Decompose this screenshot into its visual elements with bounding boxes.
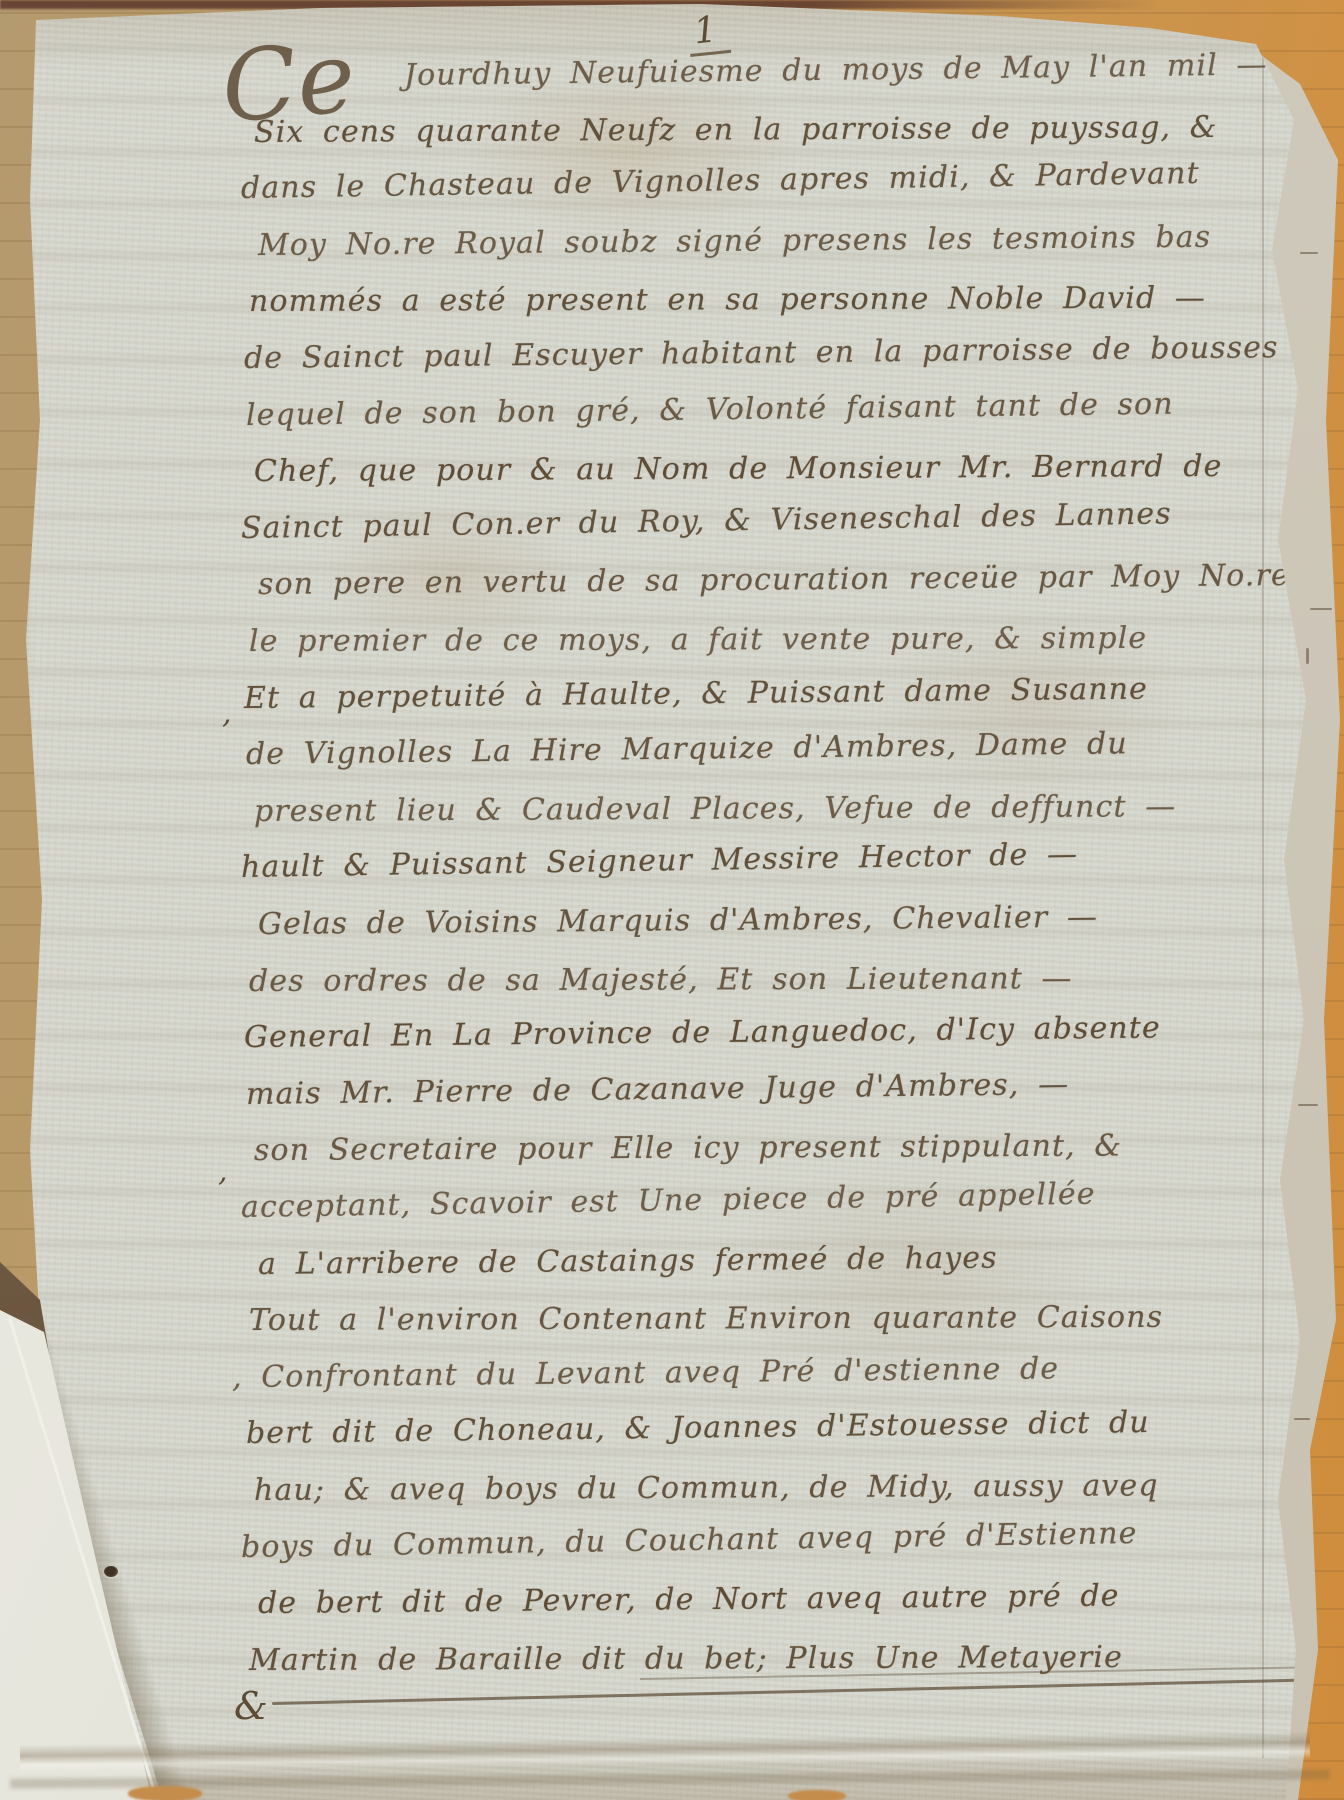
ink-fragment (1300, 252, 1318, 254)
manuscript-line: Et a perpetuité à Haulte, & Puissant dam… (244, 672, 1148, 716)
wood-gap-bottom (788, 1790, 846, 1800)
manuscript-line: present lieu & Caudeval Places, Vefue de… (254, 789, 1177, 829)
manuscript-line: a L'arribere de Castaings fermeé de haye… (258, 1241, 998, 1282)
ink-fragment (1306, 648, 1309, 664)
wood-gap-bottom (128, 1786, 202, 1800)
manuscript-line: son Secretaire pour Elle icy present sti… (254, 1128, 1122, 1168)
manuscript-line: acceptant, Scavoir est Une piece de pré … (241, 1177, 1096, 1225)
closing-rule-line (272, 1679, 1298, 1705)
manuscript-line: Tout a l'environ Contenant Environ quara… (249, 1300, 1163, 1338)
manuscript-line: General En La Province de Languedoc, d'I… (244, 1010, 1161, 1055)
manuscript-line: hault & Puissant Seigneur Messire Hector… (241, 837, 1079, 885)
manuscript-page: 1 Ce Jourdhuy Neufuiesme du moys de May … (0, 0, 1344, 1800)
manuscript-line: des ordres de sa Majesté, Et son Lieuten… (249, 961, 1073, 999)
margin-mark: , (218, 1154, 228, 1189)
manuscript-line: de Sainct paul Escuyer habitant en la pa… (244, 330, 1279, 376)
manuscript-line: Chef, que pour & au Nom de Monsieur Mr. … (254, 449, 1223, 489)
right-fold-crease (1262, 48, 1264, 1758)
folio-number: 1 (686, 8, 731, 57)
manuscript-line: Six cens quarante Neufz en la parroisse … (254, 110, 1218, 150)
manuscript-photo: 1 Ce Jourdhuy Neufuiesme du moys de May … (0, 0, 1344, 1800)
manuscript-line: de bert dit de Pevrer, de Nort aveq autr… (258, 1578, 1120, 1621)
manuscript-line: lequel de son bon gré, & Volonté faisant… (246, 387, 1174, 433)
wormhole (104, 1566, 118, 1577)
manuscript-line: mais Mr. Pierre de Cazanave Juge d'Ambre… (246, 1067, 1070, 1112)
manuscript-line: Jourdhuy Neufuiesme du moys de May l'an … (404, 47, 1268, 93)
manuscript-line: Sainct paul Con.er du Roy, & Viseneschal… (241, 496, 1172, 546)
closing-flourish-glyph: & (234, 1684, 268, 1728)
manuscript-line: de Vignolles La Hire Marquize d'Ambres, … (246, 726, 1128, 772)
manuscript-line: son pere en vertu de sa procuration rece… (258, 558, 1290, 602)
manuscript-line: bert dit de Choneau, & Joannes d'Estoues… (246, 1405, 1150, 1451)
manuscript-line: dans le Chasteau de Vignolles apres midi… (241, 156, 1200, 206)
ink-fragment (1310, 608, 1332, 610)
ink-fragment (1294, 1418, 1310, 1420)
manuscript-line: hau; & aveq boys du Commun, de Midy, aus… (254, 1468, 1159, 1508)
manuscript-line: boys du Commun, du Couchant aveq pré d'E… (241, 1516, 1138, 1565)
manuscript-line: , Confrontant du Levant aveq Pré d'estie… (232, 1351, 1060, 1395)
manuscript-line: Moy No.re Royal soubz signé presens les … (258, 220, 1211, 263)
margin-mark: , (222, 696, 232, 731)
manuscript-line: le premier de ce moys, a fait vente pure… (249, 621, 1147, 659)
manuscript-line: nommés a esté present en sa personne Nob… (249, 281, 1206, 319)
ink-fragment (1298, 1104, 1318, 1106)
manuscript-line: Gelas de Voisins Marquis d'Ambres, Cheva… (258, 900, 1098, 942)
